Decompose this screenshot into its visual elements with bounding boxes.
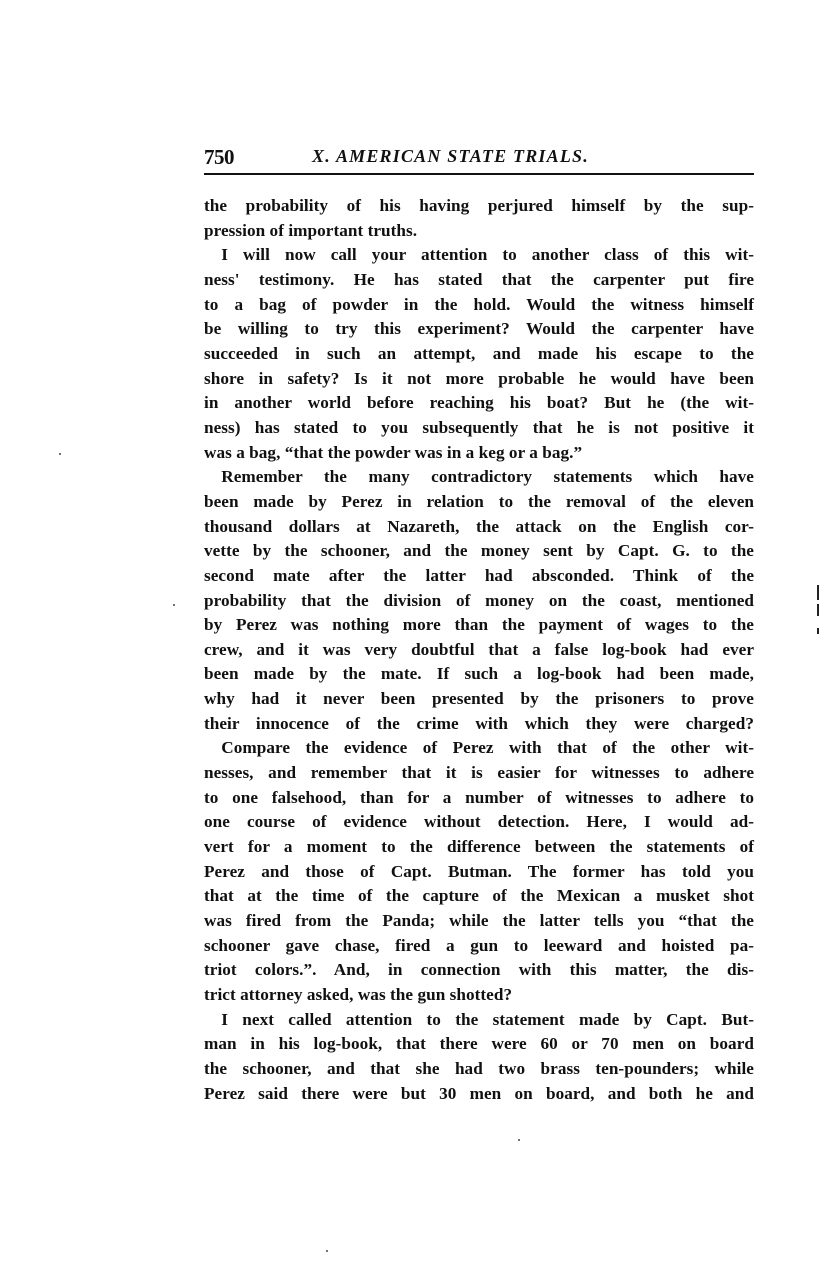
scan-dot <box>173 604 175 606</box>
text-line: why had it never been presented by the p… <box>204 687 754 712</box>
running-head: 750 X. AMERICAN STATE TRIALS. <box>204 143 754 173</box>
text-line: ness' testimony. He has stated that the … <box>204 268 754 293</box>
text-line: vette by the schooner, and the money sen… <box>204 539 754 564</box>
text-line: been made by the mate. If such a log-boo… <box>204 662 754 687</box>
text-line: been made by Perez in relation to the re… <box>204 490 754 515</box>
text-line: second mate after the latter had abscond… <box>204 564 754 589</box>
text-line: man in his log-book, that there were 60 … <box>204 1032 754 1057</box>
text-line: by Perez was nothing more than the payme… <box>204 613 754 638</box>
text-line: that at the time of the capture of the M… <box>204 884 754 909</box>
text-line: ness) has stated to you subsequently tha… <box>204 416 754 441</box>
margin-mark <box>817 604 819 616</box>
margin-mark <box>817 628 819 634</box>
text-line: Compare the evidence of Perez with that … <box>204 736 754 761</box>
text-line: trict attorney asked, was the gun shotte… <box>204 983 754 1008</box>
text-line: the probability of his having perjured h… <box>204 194 754 219</box>
text-line: I will now call your attention to anothe… <box>204 243 754 268</box>
text-line: the schooner, and that she had two brass… <box>204 1057 754 1082</box>
running-title: X. AMERICAN STATE TRIALS. <box>312 146 589 167</box>
page-number: 750 <box>204 145 234 170</box>
scan-dot <box>326 1250 328 1252</box>
text-line: I next called attention to the statement… <box>204 1008 754 1033</box>
text-line: nesses, and remember that it is easier f… <box>204 761 754 786</box>
text-line: probability that the division of money o… <box>204 589 754 614</box>
text-line: Perez and those of Capt. Butman. The for… <box>204 860 754 885</box>
text-line: Perez said there were but 30 men on boar… <box>204 1082 754 1107</box>
text-line: Remember the many contradictory statemen… <box>204 465 754 490</box>
scan-dot <box>59 453 61 455</box>
margin-mark <box>817 585 819 600</box>
text-line: schooner gave chase, fired a gun to leew… <box>204 934 754 959</box>
text-line: in another world before reaching his boa… <box>204 391 754 416</box>
text-line: be willing to try this experiment? Would… <box>204 317 754 342</box>
text-line: was a bag, “that the powder was in a keg… <box>204 441 754 466</box>
text-line: shore in safety? Is it not more probable… <box>204 367 754 392</box>
header-rule <box>204 173 754 175</box>
text-line: thousand dollars at Nazareth, the attack… <box>204 515 754 540</box>
text-line: to a bag of powder in the hold. Would th… <box>204 293 754 318</box>
text-line: crew, and it was very doubtful that a fa… <box>204 638 754 663</box>
text-line: triot colors.”. And, in connection with … <box>204 958 754 983</box>
text-line: pression of important truths. <box>204 219 754 244</box>
scan-dot <box>518 1139 520 1141</box>
text-line: succeeded in such an attempt, and made h… <box>204 342 754 367</box>
text-line: one course of evidence without detection… <box>204 810 754 835</box>
text-line: vert for a moment to the difference betw… <box>204 835 754 860</box>
text-line: to one falsehood, than for a number of w… <box>204 786 754 811</box>
book-page: 750 X. AMERICAN STATE TRIALS. the probab… <box>204 143 754 1106</box>
text-line: was fired from the Panda; while the latt… <box>204 909 754 934</box>
text-line: their innocence of the crime with which … <box>204 712 754 737</box>
body-text: the probability of his having perjured h… <box>204 194 754 1106</box>
